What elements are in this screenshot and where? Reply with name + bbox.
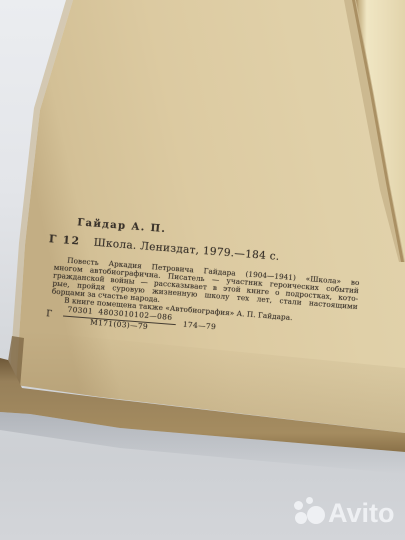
avito-logo-icon (292, 496, 326, 530)
imprint-suffix: 174—79 (183, 320, 217, 331)
classification-code: Г 12 (48, 233, 91, 249)
watermark-label: Avito (328, 496, 395, 530)
photo-scene: Гайдар А. П. Г 12 Школа. Лениздат, 1979.… (0, 0, 405, 540)
imprint-prefix: Г (46, 310, 53, 319)
avito-watermark: Avito (292, 496, 395, 530)
